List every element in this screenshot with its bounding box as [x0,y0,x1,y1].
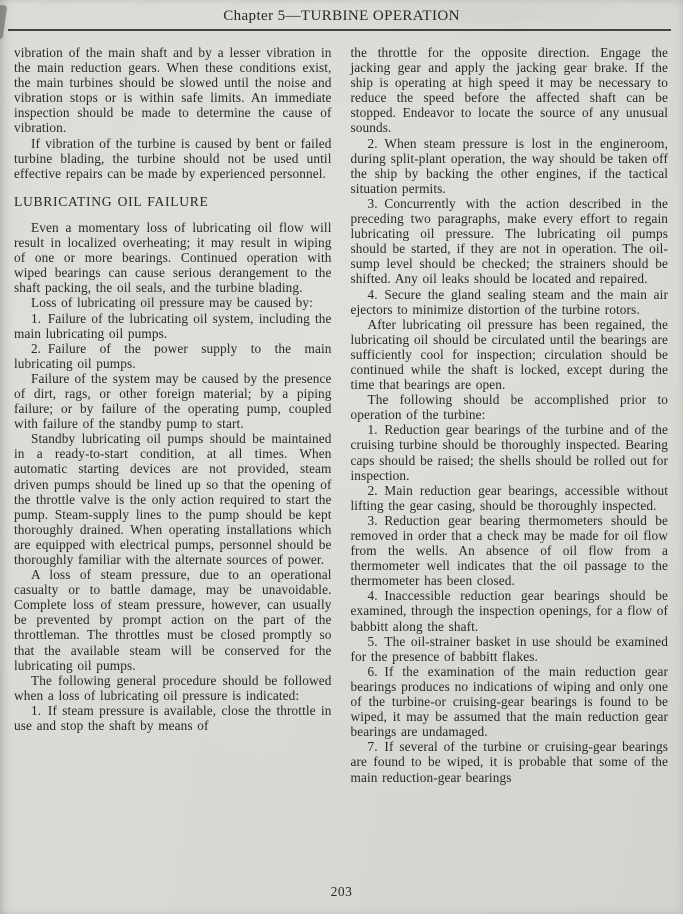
paragraph: 3. Concurrently with the action describe… [351,196,669,287]
paragraph: 2. Main reduction gear bearings, accessi… [351,483,669,513]
paragraph: After lubricating oil pressure has been … [351,317,669,392]
paragraph: Standby lubricating oil pumps should be … [14,431,332,567]
header-rule [8,29,671,31]
document-page: Chapter 5—TURBINE OPERATION vibration of… [0,0,683,914]
right-column: the throttle for the opposite direction.… [351,45,669,785]
paragraph: 4. Secure the gland sealing steam and th… [351,287,669,317]
paragraph: vibration of the main shaft and by a les… [14,45,332,136]
paragraph: The following should be accomplished pri… [351,392,669,422]
paragraph: 2. Failure of the power supply to the ma… [14,341,332,371]
paragraph: 6. If the examination of the main reduct… [351,664,669,739]
page-number: 203 [331,884,353,899]
section-heading: LUBRICATING OIL FAILURE [14,194,332,209]
paragraph: 3. Reduction gear bearing thermometers s… [351,513,669,588]
paragraph: Failure of the system may be caused by t… [14,371,332,431]
paragraph: 1. Reduction gear bearings of the turbin… [351,422,669,482]
chapter-title: Chapter 5—TURBINE OPERATION [0,8,683,25]
paragraph: The following general procedure should b… [14,673,332,703]
paragraph: 1. If steam pressure is available, close… [14,703,332,733]
left-column: vibration of the main shaft and by a les… [14,45,332,785]
page-footer: 203 [0,883,683,901]
paragraph: the throttle for the opposite direction.… [351,45,669,136]
paragraph: 7. If several of the turbine or cruising… [351,739,669,784]
paragraph: A loss of steam pressure, due to an oper… [14,567,332,673]
paragraph: 2. When steam pressure is lost in the en… [351,136,669,196]
page-header: Chapter 5—TURBINE OPERATION [0,0,683,31]
scan-artifact [60,280,300,320]
paragraph: If vibration of the turbine is caused by… [14,136,332,181]
paragraph: 5. The oil-strainer basket in use should… [351,634,669,664]
text-columns: vibration of the main shaft and by a les… [0,31,683,785]
paragraph: 4. Inaccessible reduction gear bearings … [351,588,669,633]
